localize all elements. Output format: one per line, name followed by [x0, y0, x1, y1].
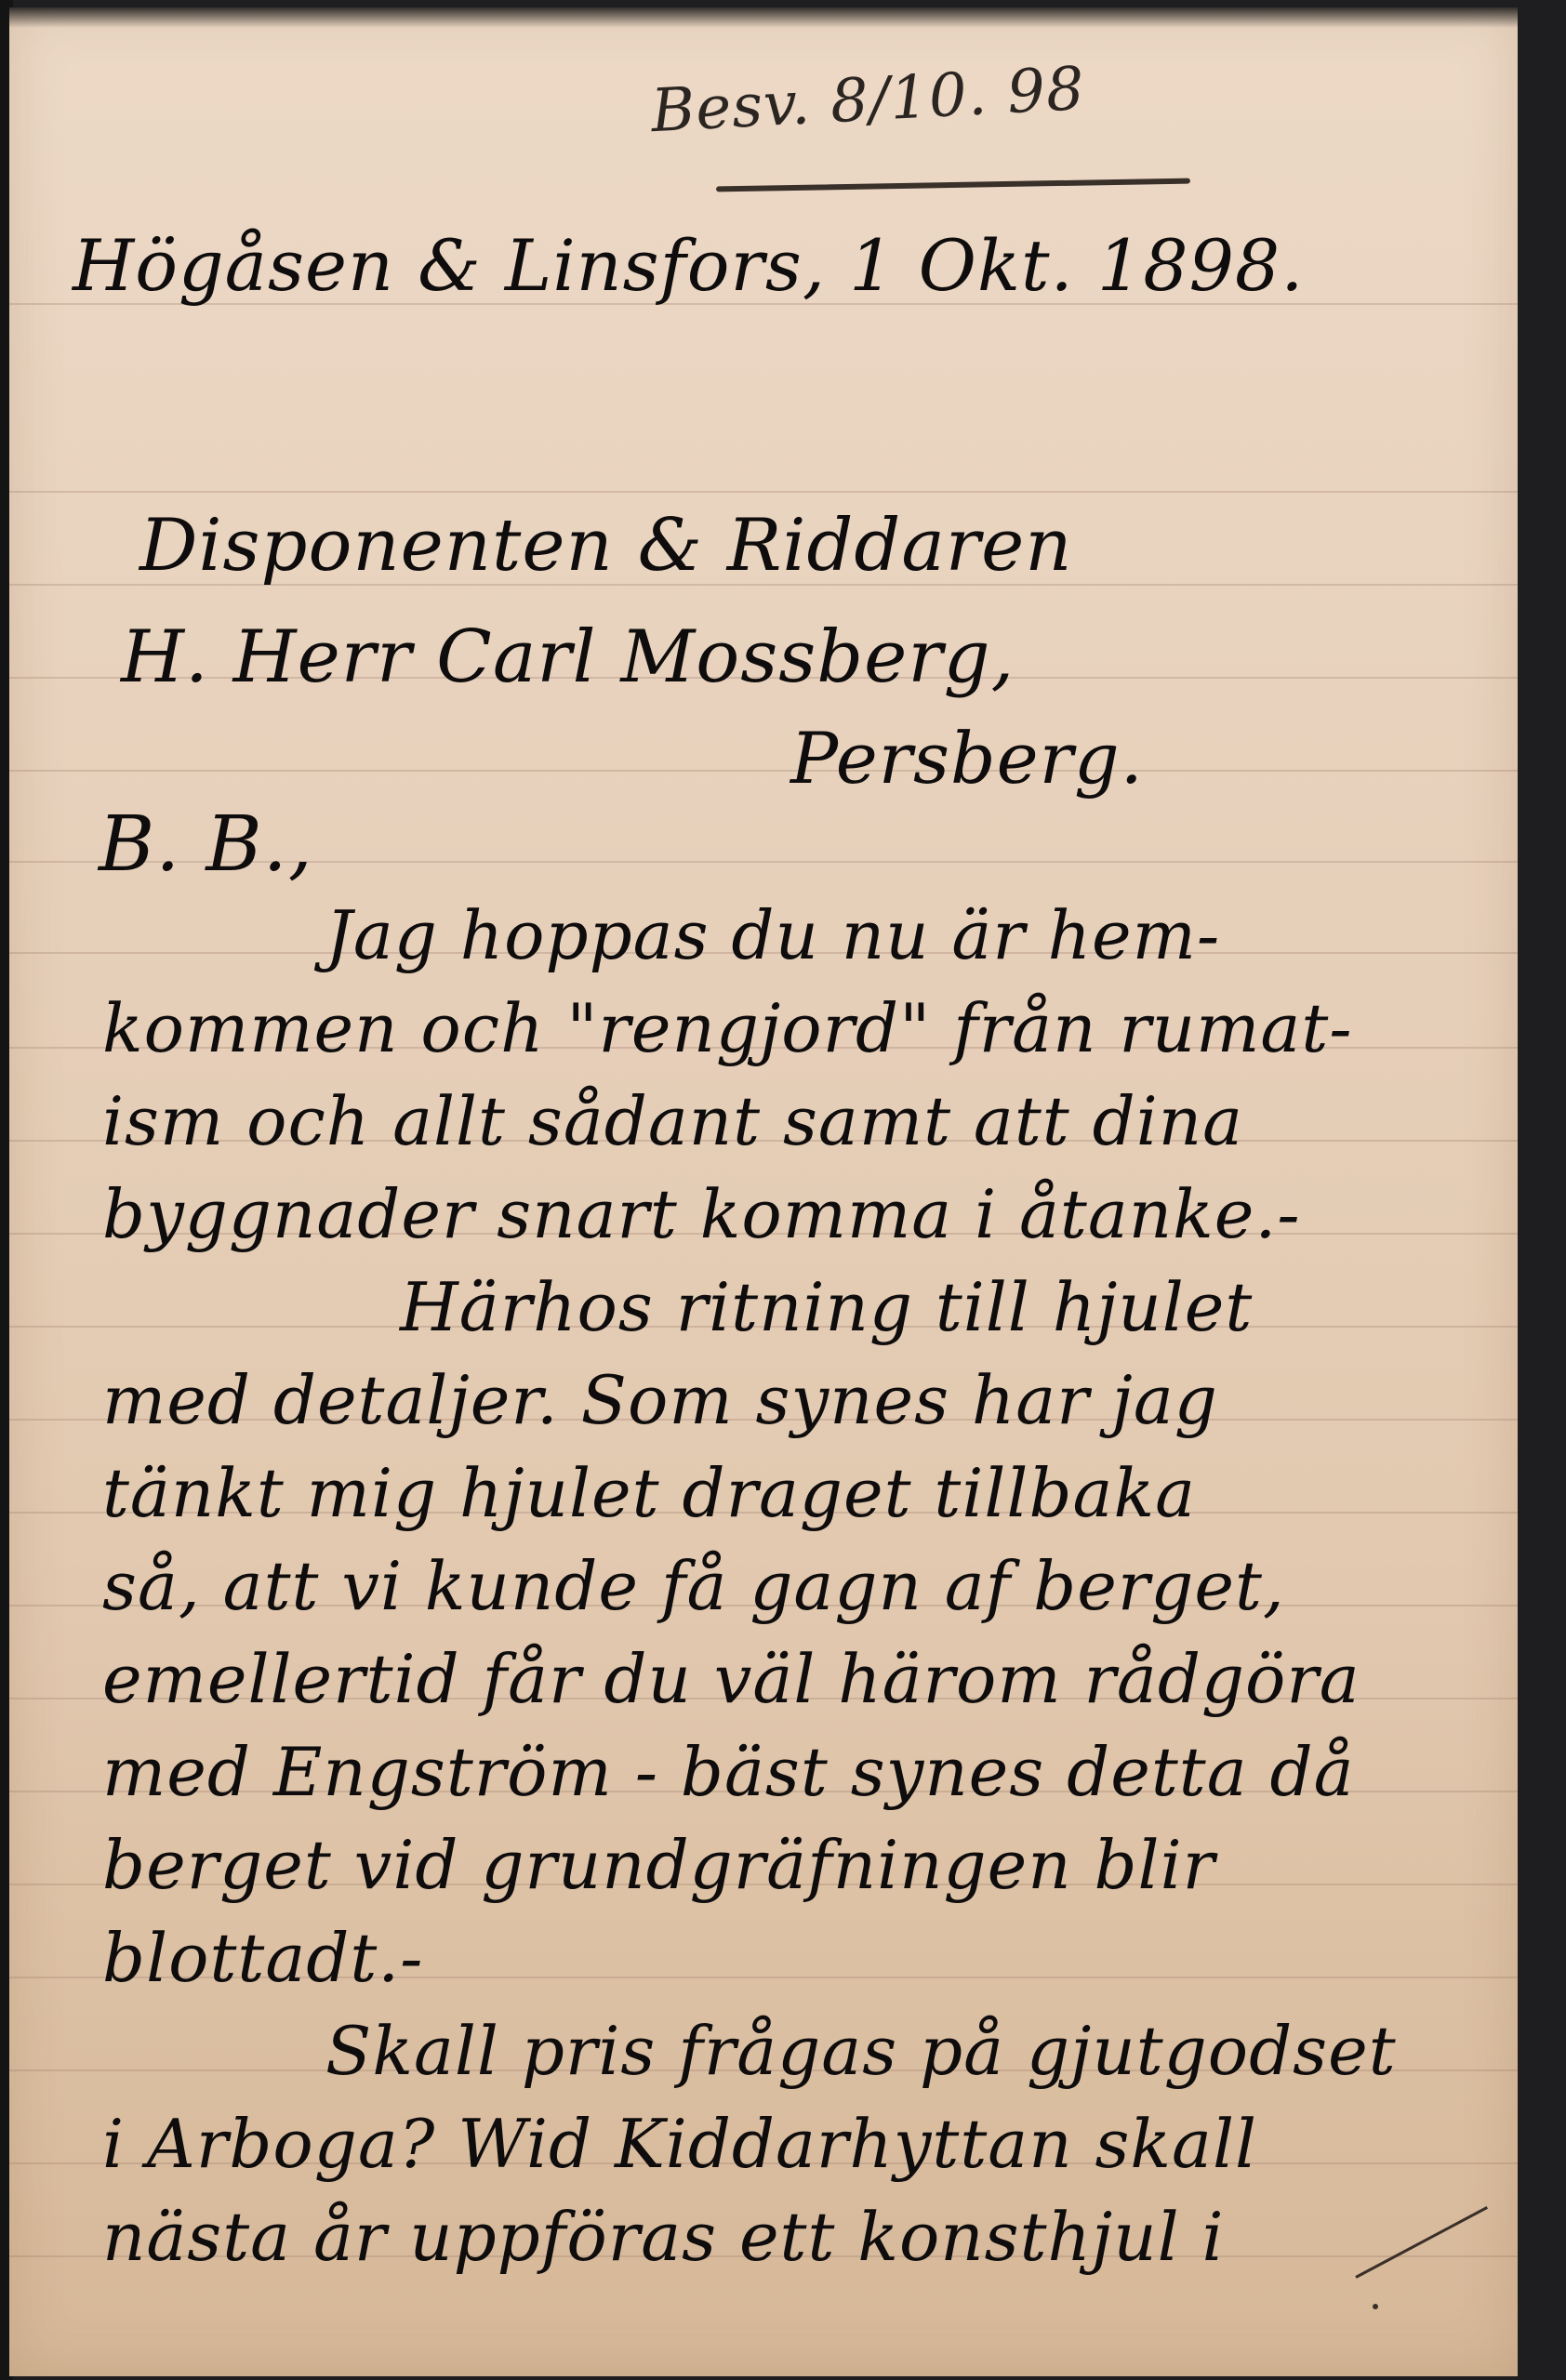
body-line: tänkt mig hjulet draget tillbaka: [102, 1460, 1196, 1527]
paper-edge-shadow: [9, 7, 1518, 28]
body-line: nästa år uppföras ett konsthjul i: [102, 2203, 1225, 2270]
annotation-underline: [716, 178, 1190, 192]
ruled-line: [9, 770, 1518, 772]
continuation-mark: [1355, 2206, 1488, 2279]
body-line: byggnader snart komma i åtanke.-: [102, 1181, 1301, 1248]
recipient-title: Disponenten & Riddaren: [139, 509, 1073, 582]
body-line: med detaljer. Som synes har jag: [102, 1367, 1218, 1434]
recipient-name: H. Herr Carl Mossberg,: [121, 621, 1015, 694]
place-date-heading: Högåsen & Linsfors, 1 Okt. 1898.: [73, 231, 1304, 301]
body-line: kommen och "rengjord" från rumat-: [102, 995, 1353, 1062]
body-line: i Arboga? Wid Kiddarhyttan skall: [102, 2110, 1257, 2177]
archival-annotation: Besv. 8/10. 98: [650, 59, 1087, 141]
body-line: med Engström - bäst synes detta då: [102, 1739, 1355, 1805]
body-line: emellertid får du väl härom rådgöra: [102, 1646, 1360, 1712]
body-line: Jag hoppas du nu är hem-: [325, 902, 1220, 969]
letter-page: Besv. 8/10. 98 Högåsen & Linsfors, 1 Okt…: [9, 7, 1518, 2376]
body-line: Härhos ritning till hjulet: [400, 1274, 1253, 1341]
salutation: B. B.,: [99, 807, 313, 883]
body-line: berget vid grundgräfningen blir: [102, 1831, 1215, 1898]
recipient-location: Persberg.: [790, 723, 1144, 794]
continuation-mark-dot: [1373, 2304, 1378, 2309]
body-line: blottadt.-: [102, 1924, 424, 1991]
body-line: Skall pris frågas på gjutgodset: [325, 2017, 1397, 2084]
body-line: ism och allt sådant samt att dina: [102, 1088, 1243, 1155]
body-line: så, att vi kunde få gagn af berget,: [102, 1553, 1285, 1620]
ruled-line: [9, 491, 1518, 493]
document-frame: Besv. 8/10. 98 Högåsen & Linsfors, 1 Okt…: [0, 0, 1566, 2380]
